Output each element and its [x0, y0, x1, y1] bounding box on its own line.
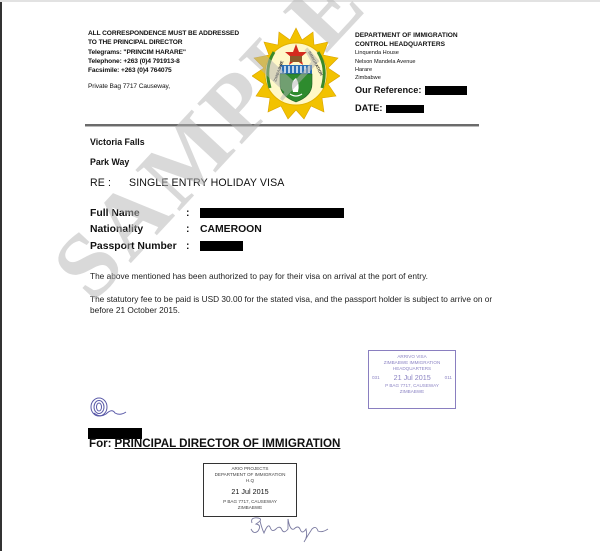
zimbabwe-immigration-emblem-icon: ZIMBABWE IMMIGRATION	[252, 24, 340, 122]
date-line: DATE:	[355, 102, 467, 115]
redacted-reference	[425, 86, 467, 95]
telephone-line: Telephone: +263 (0)4 791913-8	[88, 57, 239, 66]
stamp-code: 011	[445, 375, 452, 381]
page-left-border	[0, 0, 2, 551]
correspondence-line: TO THE PRINCIPAL DIRECTOR	[88, 38, 239, 47]
our-reference: Our Reference:	[355, 84, 467, 97]
stamp-line: ZIMBABWE	[204, 505, 296, 511]
stamp-date: 21 Jul 2015	[204, 487, 296, 497]
field-label: Nationality	[90, 224, 186, 235]
stamp-code: 031	[372, 375, 380, 381]
recipient-address-line: Victoria Falls	[90, 137, 145, 147]
department-hq: CONTROL HEADQUARTERS	[355, 40, 467, 49]
stamp-line: H.Q	[204, 478, 296, 484]
address-line: Nelson Mandela Avenue	[355, 58, 467, 66]
redacted-date	[386, 105, 424, 113]
redacted-full-name	[200, 208, 344, 218]
recipient-address-line: Park Way	[90, 157, 129, 167]
field-full-name: Full Name :	[90, 205, 344, 222]
signoff-line: For:PRINCIPAL DIRECTOR OF IMMIGRATION	[89, 437, 340, 450]
authorization-paragraph: The above mentioned has been authorized …	[90, 271, 520, 282]
telegrams-line: Telegrams: "PRINCIM HARARE"	[88, 48, 239, 57]
private-bag-line: Private Bag 7717 Causeway,	[88, 82, 239, 91]
department-block: DEPARTMENT OF IMMIGRATION CONTROL HEADQU…	[355, 31, 467, 115]
correspondence-block: ALL CORRESPONDENCE MUST BE ADDRESSED TO …	[88, 29, 239, 92]
signoff-prefix: For:	[89, 437, 112, 450]
field-passport-number: Passport Number :	[90, 238, 344, 255]
applicant-details: Full Name : Nationality : CAMEROON Passp…	[90, 205, 344, 255]
facsimile-line: Facsimile: +263 (0)4 764075	[88, 66, 239, 75]
field-colon: :	[186, 241, 200, 252]
fee-paragraph: The statutory fee to be paid is USD 30.0…	[90, 294, 515, 315]
address-line: Zimbabwe	[355, 74, 467, 82]
date-label: DATE:	[355, 102, 382, 115]
field-label: Full Name	[90, 208, 186, 219]
department-stamp: ARIO PROJECTS DEPARTMENT OF IMMIGRATION …	[203, 463, 297, 517]
signature-icon	[246, 515, 336, 545]
visa-stamp: ARRIVO VISA ZIMBABWE IMMIGRATION HEADQUA…	[368, 350, 456, 409]
subject-line: RE : SINGLE ENTRY HOLIDAY VISA	[90, 177, 284, 189]
redacted-passport-number	[200, 241, 243, 251]
subject-text: SINGLE ENTRY HOLIDAY VISA	[129, 177, 284, 189]
signature-icon	[88, 394, 134, 420]
correspondence-line: ALL CORRESPONDENCE MUST BE ADDRESSED	[88, 29, 239, 38]
field-value: CAMEROON	[200, 224, 262, 235]
field-label: Passport Number	[90, 241, 186, 252]
our-reference-label: Our Reference:	[355, 84, 421, 97]
address-line: Linquenda House	[355, 49, 467, 57]
header-divider	[85, 124, 479, 127]
field-nationality: Nationality : CAMEROON	[90, 222, 344, 239]
department-name: DEPARTMENT OF IMMIGRATION	[355, 31, 467, 40]
signoff-title: PRINCIPAL DIRECTOR OF IMMIGRATION	[115, 437, 341, 450]
address-line: Harare	[355, 66, 467, 74]
stamp-line: ZIMBABWE	[369, 389, 455, 395]
stamp-date: 21 Jul 2015	[394, 373, 431, 383]
field-colon: :	[186, 224, 200, 235]
subject-label: RE :	[90, 177, 126, 189]
stamp-date-row: 031 21 Jul 2015 011	[369, 373, 455, 383]
field-colon: :	[186, 208, 200, 219]
page-top-border	[0, 0, 600, 2]
